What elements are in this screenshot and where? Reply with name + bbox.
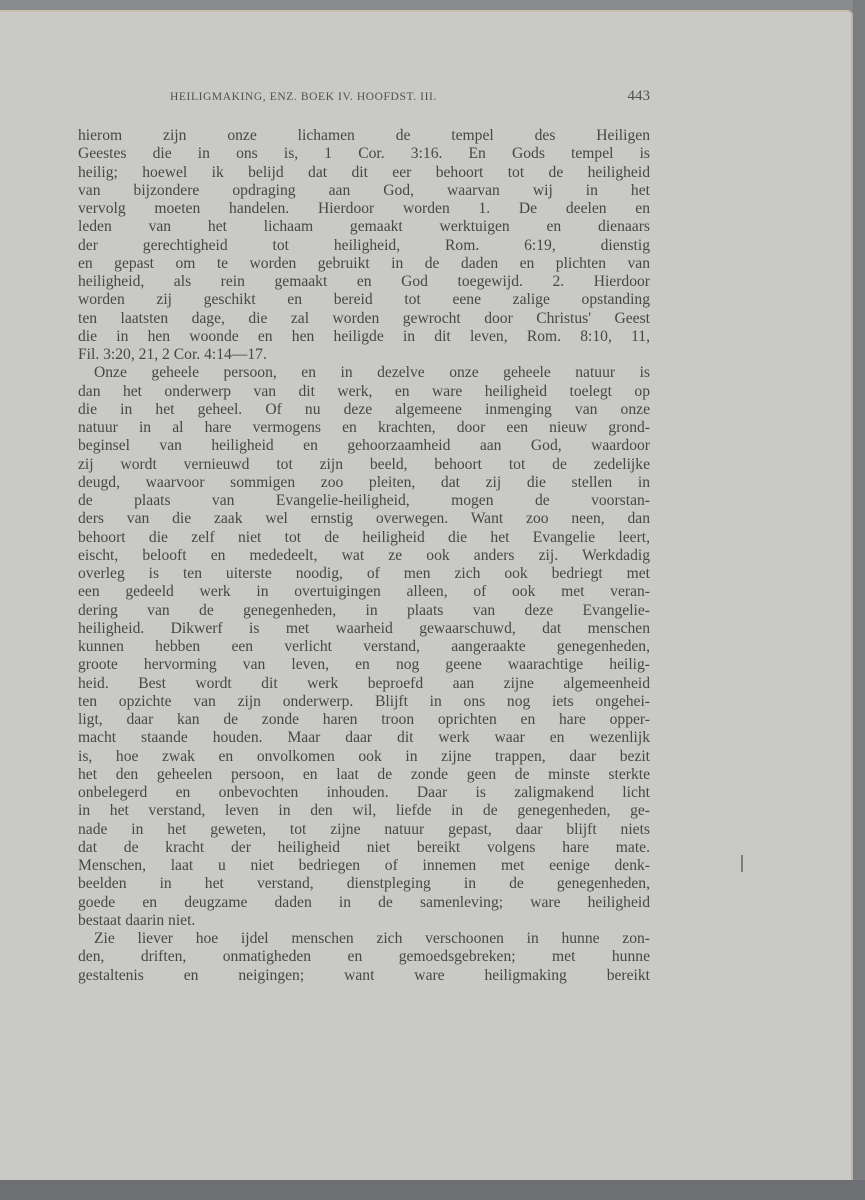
text-line: behoort die zelf niet tot de heiligheid … bbox=[78, 529, 650, 547]
text-line: onbelegerd en onbevochten inhouden. Daar… bbox=[78, 784, 650, 802]
scan-background-right bbox=[853, 0, 865, 1200]
book-page: HEILIGMAKING, ENZ. BOEK IV. HOOFDST. III… bbox=[0, 10, 853, 1180]
text-line: gestaltenis en neigingen; want ware heil… bbox=[78, 967, 650, 985]
text-line: worden zij geschikt en bereid tot eene z… bbox=[78, 291, 650, 309]
text-line: Fil. 3:20, 21, 2 Cor. 4:14—17. bbox=[78, 346, 650, 364]
running-head: HEILIGMAKING, ENZ. BOEK IV. HOOFDST. III… bbox=[170, 91, 437, 103]
text-line: beginsel van heiligheid en gehoorzaamhei… bbox=[78, 437, 650, 455]
text-line: kunnen hebben een verlicht verstand, aan… bbox=[78, 638, 650, 656]
paragraph-start-line: Zie liever hoe ijdel menschen zich versc… bbox=[78, 930, 650, 948]
text-line: is, hoe zwak en onvolkomen ook in zijne … bbox=[78, 748, 650, 766]
text-line: ten opzichte van zijn onderwerp. Blijft … bbox=[78, 693, 650, 711]
text-line: Menschen, laat u niet bedriegen of innem… bbox=[78, 857, 650, 875]
text-line: een gedeeld werk in overtuigingen alleen… bbox=[78, 583, 650, 601]
text-line: bestaat daarin niet. bbox=[78, 912, 650, 930]
paragraph-start-line: Onze geheele persoon, en in dezelve onze… bbox=[78, 364, 650, 382]
text-line: hierom zijn onze lichamen de tempel des … bbox=[78, 127, 650, 145]
text-line: van bijzondere opdraging aan God, waarva… bbox=[78, 182, 650, 200]
text-line: goede en deugzame daden in de samenlevin… bbox=[78, 894, 650, 912]
text-line: dering van de genegenheden, in plaats va… bbox=[78, 602, 650, 620]
text-line: natuur in al hare vermogens en krachten,… bbox=[78, 419, 650, 437]
text-line: groote hervorming van leven, en nog geen… bbox=[78, 656, 650, 674]
text-line: vervolg moeten handelen. Hierdoor worden… bbox=[78, 200, 650, 218]
page-number: 443 bbox=[628, 88, 651, 105]
text-line: eischt, belooft en mededeelt, wat ze ook… bbox=[78, 547, 650, 565]
scan-background-bottom bbox=[0, 1180, 865, 1200]
text-line: het den geheelen persoon, en laat de zon… bbox=[78, 766, 650, 784]
text-line: zij wordt vernieuwd tot zijn beeld, beho… bbox=[78, 456, 650, 474]
text-line: leden van het lichaam gemaakt werktuigen… bbox=[78, 218, 650, 236]
body-text: hierom zijn onze lichamen de tempel des … bbox=[78, 127, 650, 985]
text-line: Geestes die in ons is, 1 Cor. 3:16. En G… bbox=[78, 145, 650, 163]
text-line: heiligheid, als rein gemaakt en God toeg… bbox=[78, 273, 650, 291]
text-line: nade in het geweten, tot zijne natuur ge… bbox=[78, 821, 650, 839]
text-line: heiligheid. Dikwerf is met waarheid gewa… bbox=[78, 620, 650, 638]
text-line: die in het geheel. Of nu deze algemeene … bbox=[78, 401, 650, 419]
text-line: overleg is ten uiterste noodig, of men z… bbox=[78, 565, 650, 583]
text-line: in het verstand, leven in den wil, liefd… bbox=[78, 802, 650, 820]
text-line: den, driften, onmatigheden en gemoedsgeb… bbox=[78, 948, 650, 966]
page-header: HEILIGMAKING, ENZ. BOEK IV. HOOFDST. III… bbox=[78, 88, 650, 108]
text-line: dat de kracht der heiligheid niet bereik… bbox=[78, 839, 650, 857]
text-line: macht staande houden. Maar daar dit werk… bbox=[78, 729, 650, 747]
text-line: deugd, waarvoor sommigen zoo pleiten, da… bbox=[78, 474, 650, 492]
text-line: ten laatsten dage, die zal worden gewroc… bbox=[78, 310, 650, 328]
text-line: heilig; hoewel ik belijd dat dit eer beh… bbox=[78, 164, 650, 182]
text-line: der gerechtigheid tot heiligheid, Rom. 6… bbox=[78, 237, 650, 255]
text-line: die in hen woonde en hen heiligde in dit… bbox=[78, 328, 650, 346]
text-line: dan het onderwerp van dit werk, en ware … bbox=[78, 383, 650, 401]
text-line: ders van die zaak wel ernstig overwegen.… bbox=[78, 510, 650, 528]
text-line: de plaats van Evangelie-heiligheid, moge… bbox=[78, 492, 650, 510]
text-line: heid. Best wordt dit werk beproefd aan z… bbox=[78, 675, 650, 693]
text-line: en gepast om te worden gebruikt in de da… bbox=[78, 255, 650, 273]
text-line: beelden in het verstand, dienstpleging i… bbox=[78, 875, 650, 893]
text-line: ligt, daar kan de zonde haren troon opri… bbox=[78, 711, 650, 729]
pencil-mark bbox=[741, 855, 743, 872]
